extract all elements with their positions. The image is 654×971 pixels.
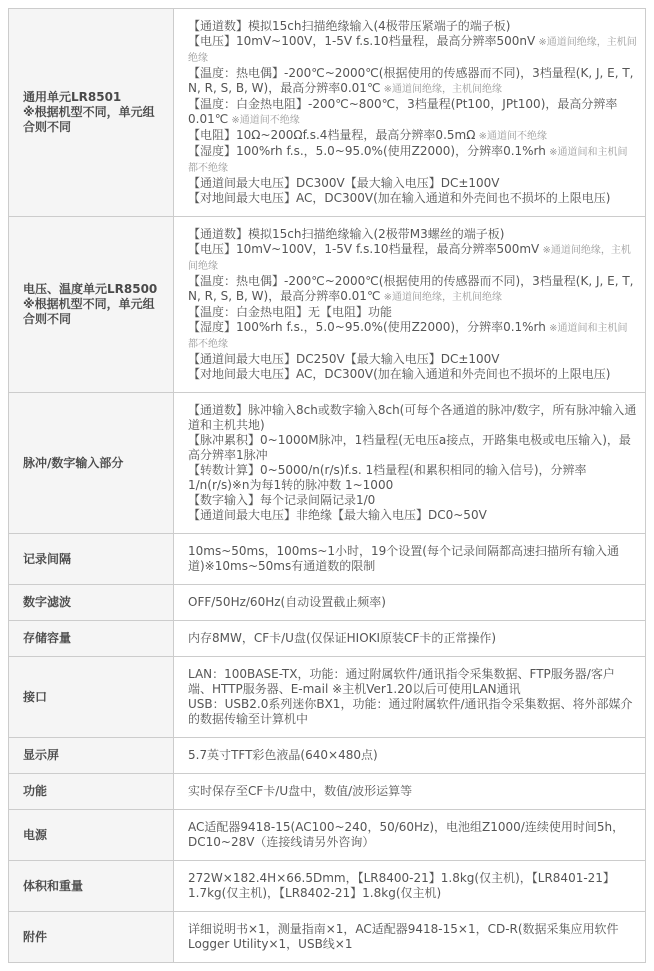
spec-note: ※通道间绝缘，主机间绝缘 <box>380 84 502 95</box>
spec-line: 【通道间最大电压】非绝缘【最大输入电压】DC0~50V <box>188 508 637 523</box>
spec-text: 272W×182.4H×66.5Dmm，【LR8400-21】1.8kg(仅主机… <box>188 871 615 900</box>
spec-text: 【电阻】10Ω~200Ωf.s.4档量程，最高分辨率0.5mΩ <box>188 128 475 142</box>
row-label-line: 通用单元LR8501 <box>23 90 165 105</box>
spec-text: 【电压】10mV~100V，1-5V f.s.10档量程，最高分辨率500mV <box>188 242 539 256</box>
row-content: 【通道数】模拟15ch扫描绝缘输入(2极带M3螺丝的端子板)【电压】10mV~1… <box>174 217 646 393</box>
spec-text: 详细说明书×1，测量指南×1，AC适配器9418-15×1，CD-R(数据采集应… <box>188 922 619 951</box>
spec-text: 【通道数】模拟15ch扫描绝缘输入(2极带M3螺丝的端子板) <box>188 227 504 241</box>
spec-line: 【电阻】10Ω~200Ωf.s.4档量程，最高分辨率0.5mΩ ※通道间不绝缘 <box>188 128 637 144</box>
spec-text: 【湿度】100%rh f.s.，5.0~95.0%(使用Z2000)，分辨率0.… <box>188 144 546 158</box>
spec-text: 【湿度】100%rh f.s.，5.0~95.0%(使用Z2000)，分辨率0.… <box>188 320 546 334</box>
row-label: 记录间隔 <box>9 534 174 585</box>
spec-line: 【转数计算】0~5000/n(r/s)f.s. 1档量程(和累积相同的输入信号)… <box>188 463 637 493</box>
spec-note: ※通道间不绝缘 <box>228 115 300 126</box>
spec-line: 【通道间最大电压】DC300V【最大输入电压】DC±100V <box>188 176 637 191</box>
spec-line: 【温度：白金热电阻】无【电阻】功能 <box>188 305 637 320</box>
table-row: 通用单元LR8501※根据机型不同，单元组合则不同 【通道数】模拟15ch扫描绝… <box>9 9 646 217</box>
spec-text: 实时保存至CF卡/U盘中，数值/波形运算等 <box>188 784 412 798</box>
spec-line: LAN：100BASE-TX，功能：通过附属软件/通讯指令采集数据、FTP服务器… <box>188 667 637 697</box>
row-content: 【通道数】模拟15ch扫描绝缘输入(4极带压紧端子的端子板)【电压】10mV~1… <box>174 9 646 217</box>
table-row: 脉冲/数字输入部分 【通道数】脉冲输入8ch或数字输入8ch(可每个各通道的脉冲… <box>9 393 646 534</box>
row-content: 详细说明书×1，测量指南×1，AC适配器9418-15×1，CD-R(数据采集应… <box>174 912 646 963</box>
spec-text: LAN：100BASE-TX，功能：通过附属软件/通讯指令采集数据、FTP服务器… <box>188 667 615 696</box>
row-label-line: 存储容量 <box>23 631 165 646</box>
row-label-line: 显示屏 <box>23 748 165 763</box>
table-row: 附件 详细说明书×1，测量指南×1，AC适配器9418-15×1，CD-R(数据… <box>9 912 646 963</box>
table-row: 电源 AC适配器9418-15(AC100~240，50/60Hz)，电池组Z1… <box>9 810 646 861</box>
spec-line: 内存8MW，CF卡/U盘(仅保证HIOKI原装CF卡的正常操作) <box>188 631 637 646</box>
table-row: 显示屏 5.7英寸TFT彩色液晶(640×480点) <box>9 738 646 774</box>
spec-line: 【通道间最大电压】DC250V【最大输入电压】DC±100V <box>188 352 637 367</box>
spec-line: 【湿度】100%rh f.s.，5.0~95.0%(使用Z2000)，分辨率0.… <box>188 144 637 176</box>
row-label: 附件 <box>9 912 174 963</box>
row-label: 接口 <box>9 657 174 738</box>
row-label: 电压、温度单元LR8500※根据机型不同，单元组合则不同 <box>9 217 174 393</box>
spec-line: 【数字输入】每个记录间隔记录1/0 <box>188 493 637 508</box>
spec-page: 通用单元LR8501※根据机型不同，单元组合则不同 【通道数】模拟15ch扫描绝… <box>0 0 654 971</box>
spec-line: 【电压】10mV~100V，1-5V f.s.10档量程，最高分辨率500mV … <box>188 242 637 274</box>
spec-line: 【通道数】模拟15ch扫描绝缘输入(2极带M3螺丝的端子板) <box>188 227 637 242</box>
spec-text: 【通道间最大电压】DC250V【最大输入电压】DC±100V <box>188 352 500 366</box>
spec-line: 【对地间最大电压】AC，DC300V(加在输入通道和外壳间也不损坏的上限电压) <box>188 191 637 206</box>
spec-text: 【通道数】模拟15ch扫描绝缘输入(4极带压紧端子的端子板) <box>188 19 510 33</box>
row-label: 功能 <box>9 774 174 810</box>
spec-text: 内存8MW，CF卡/U盘(仅保证HIOKI原装CF卡的正常操作) <box>188 631 496 645</box>
spec-line: 【通道数】脉冲输入8ch或数字输入8ch(可每个各通道的脉冲/数字，所有脉冲输入… <box>188 403 637 433</box>
table-row: 接口 LAN：100BASE-TX，功能：通过附属软件/通讯指令采集数据、FTP… <box>9 657 646 738</box>
spec-text: AC适配器9418-15(AC100~240，50/60Hz)，电池组Z1000… <box>188 820 624 849</box>
spec-line: 【湿度】100%rh f.s.，5.0~95.0%(使用Z2000)，分辨率0.… <box>188 320 637 352</box>
spec-text: 【对地间最大电压】AC，DC300V(加在输入通道和外壳间也不损坏的上限电压) <box>188 191 610 205</box>
row-label: 存储容量 <box>9 621 174 657</box>
spec-note: ※通道间绝缘，主机间绝缘 <box>380 292 502 303</box>
spec-text: 【电压】10mV~100V，1-5V f.s.10档量程，最高分辨率500nV <box>188 34 535 48</box>
spec-table: 通用单元LR8501※根据机型不同，单元组合则不同 【通道数】模拟15ch扫描绝… <box>8 8 646 963</box>
spec-text: 【通道间最大电压】非绝缘【最大输入电压】DC0~50V <box>188 508 487 522</box>
spec-line: 272W×182.4H×66.5Dmm，【LR8400-21】1.8kg(仅主机… <box>188 871 637 901</box>
row-content: 272W×182.4H×66.5Dmm，【LR8400-21】1.8kg(仅主机… <box>174 861 646 912</box>
row-content: 5.7英寸TFT彩色液晶(640×480点) <box>174 738 646 774</box>
row-label-line: 数字滤波 <box>23 595 165 610</box>
table-row: 数字滤波 OFF/50Hz/60Hz(自动设置截止频率) <box>9 585 646 621</box>
spec-line: 【温度：热电偶】-200℃~2000℃(根据使用的传感器而不同)，3档量程(K,… <box>188 66 637 97</box>
spec-text: 【脉冲累积】0~1000M脉冲，1档量程(无电压a接点，开路集电极或电压输入)，… <box>188 433 631 462</box>
row-content: 【通道数】脉冲输入8ch或数字输入8ch(可每个各通道的脉冲/数字，所有脉冲输入… <box>174 393 646 534</box>
row-label-line: ※根据机型不同，单元组合则不同 <box>23 297 165 327</box>
spec-note: ※通道间不绝缘 <box>475 131 547 142</box>
row-label-line: 接口 <box>23 690 165 705</box>
spec-text: 【对地间最大电压】AC，DC300V(加在输入通道和外壳间也不损坏的上限电压) <box>188 367 610 381</box>
row-content: LAN：100BASE-TX，功能：通过附属软件/通讯指令采集数据、FTP服务器… <box>174 657 646 738</box>
spec-text: 【温度：白金热电阻】无【电阻】功能 <box>188 305 392 319</box>
spec-text: 【转数计算】0~5000/n(r/s)f.s. 1档量程(和累积相同的输入信号)… <box>188 463 587 492</box>
table-row: 功能 实时保存至CF卡/U盘中，数值/波形运算等 <box>9 774 646 810</box>
row-label-line: 脉冲/数字输入部分 <box>23 456 165 471</box>
spec-text: USB：USB2.0系列迷你BX1，功能：通过附属软件/通讯指令采集数据、将外部… <box>188 697 632 726</box>
spec-line: 【对地间最大电压】AC，DC300V(加在输入通道和外壳间也不损坏的上限电压) <box>188 367 637 382</box>
row-label: 显示屏 <box>9 738 174 774</box>
spec-line: 【通道数】模拟15ch扫描绝缘输入(4极带压紧端子的端子板) <box>188 19 637 34</box>
row-content: 内存8MW，CF卡/U盘(仅保证HIOKI原装CF卡的正常操作) <box>174 621 646 657</box>
spec-text: 【通道间最大电压】DC300V【最大输入电压】DC±100V <box>188 176 500 190</box>
spec-line: 10ms~50ms，100ms~1小时，19个设置(每个记录间隔都高速扫描所有输… <box>188 544 637 574</box>
row-content: 10ms~50ms，100ms~1小时，19个设置(每个记录间隔都高速扫描所有输… <box>174 534 646 585</box>
row-content: AC适配器9418-15(AC100~240，50/60Hz)，电池组Z1000… <box>174 810 646 861</box>
row-label-line: ※根据机型不同，单元组合则不同 <box>23 105 165 135</box>
spec-text: 5.7英寸TFT彩色液晶(640×480点) <box>188 748 378 762</box>
row-label-line: 记录间隔 <box>23 552 165 567</box>
table-row: 电压、温度单元LR8500※根据机型不同，单元组合则不同 【通道数】模拟15ch… <box>9 217 646 393</box>
spec-line: 5.7英寸TFT彩色液晶(640×480点) <box>188 748 637 763</box>
row-label-line: 电压、温度单元LR8500 <box>23 282 165 297</box>
table-row: 体积和重量 272W×182.4H×66.5Dmm，【LR8400-21】1.8… <box>9 861 646 912</box>
spec-line: 【温度：白金热电阻】-200℃~800℃，3档量程(Pt100，JPt100)，… <box>188 97 637 128</box>
row-label: 体积和重量 <box>9 861 174 912</box>
spec-text: 【数字输入】每个记录间隔记录1/0 <box>188 493 375 507</box>
table-row: 存储容量 内存8MW，CF卡/U盘(仅保证HIOKI原装CF卡的正常操作) <box>9 621 646 657</box>
spec-line: 【温度：热电偶】-200℃~2000℃(根据使用的传感器而不同)，3档量程(K,… <box>188 274 637 305</box>
row-label: 通用单元LR8501※根据机型不同，单元组合则不同 <box>9 9 174 217</box>
spec-table-body: 通用单元LR8501※根据机型不同，单元组合则不同 【通道数】模拟15ch扫描绝… <box>9 9 646 963</box>
spec-line: 实时保存至CF卡/U盘中，数值/波形运算等 <box>188 784 637 799</box>
table-row: 记录间隔 10ms~50ms，100ms~1小时，19个设置(每个记录间隔都高速… <box>9 534 646 585</box>
row-label-line: 附件 <box>23 930 165 945</box>
row-content: OFF/50Hz/60Hz(自动设置截止频率) <box>174 585 646 621</box>
row-label-line: 电源 <box>23 828 165 843</box>
spec-text: 10ms~50ms，100ms~1小时，19个设置(每个记录间隔都高速扫描所有输… <box>188 544 619 573</box>
spec-line: 【电压】10mV~100V，1-5V f.s.10档量程，最高分辨率500nV … <box>188 34 637 66</box>
spec-line: 【脉冲累积】0~1000M脉冲，1档量程(无电压a接点，开路集电极或电压输入)，… <box>188 433 637 463</box>
spec-line: OFF/50Hz/60Hz(自动设置截止频率) <box>188 595 637 610</box>
row-label: 脉冲/数字输入部分 <box>9 393 174 534</box>
row-content: 实时保存至CF卡/U盘中，数值/波形运算等 <box>174 774 646 810</box>
spec-line: USB：USB2.0系列迷你BX1，功能：通过附属软件/通讯指令采集数据、将外部… <box>188 697 637 727</box>
row-label-line: 功能 <box>23 784 165 799</box>
row-label: 数字滤波 <box>9 585 174 621</box>
spec-line: 详细说明书×1，测量指南×1，AC适配器9418-15×1，CD-R(数据采集应… <box>188 922 637 952</box>
spec-text: 【通道数】脉冲输入8ch或数字输入8ch(可每个各通道的脉冲/数字，所有脉冲输入… <box>188 403 636 432</box>
spec-text: OFF/50Hz/60Hz(自动设置截止频率) <box>188 595 386 609</box>
spec-line: AC适配器9418-15(AC100~240，50/60Hz)，电池组Z1000… <box>188 820 637 850</box>
row-label: 电源 <box>9 810 174 861</box>
row-label-line: 体积和重量 <box>23 879 165 894</box>
